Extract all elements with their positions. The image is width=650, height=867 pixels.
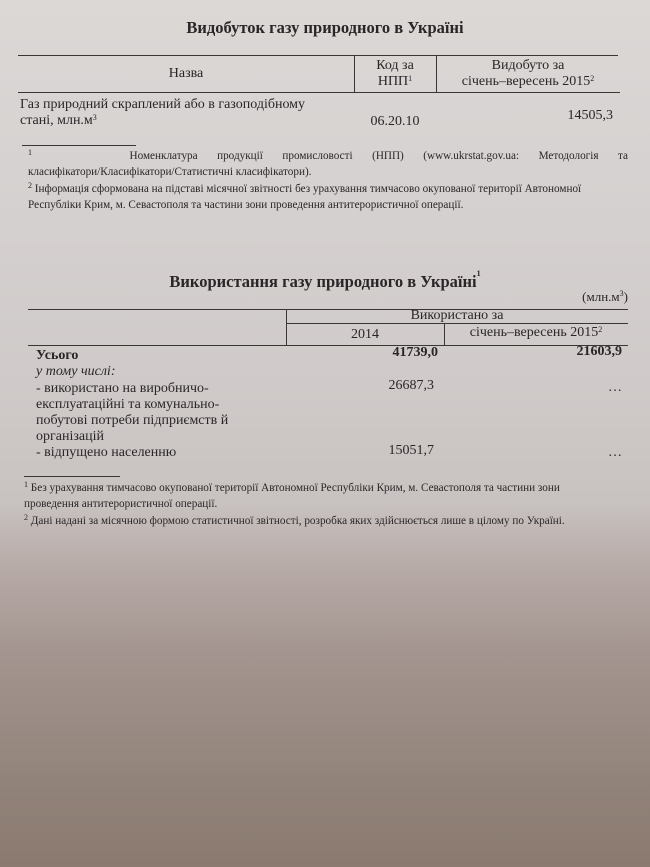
table1-row-name: Газ природний скраплений або в газоподіб… xyxy=(20,97,350,129)
footnote-text-line2: Республіки Крим, м. Севастополя та части… xyxy=(28,197,628,213)
table1-header-value-line2: січень–вересень 20152 xyxy=(436,74,620,90)
footnote-text: Без урахування тимчасово окупованої тери… xyxy=(31,482,560,494)
document-page: Видобуток газу природного в Україні Назв… xyxy=(0,0,650,867)
table1-row-value: 14505,3 xyxy=(436,108,613,124)
table2-footnote-2: 2 Дані надані за місячною формою статист… xyxy=(24,513,632,529)
footnote-text: Інформація сформована на підставі місячн… xyxy=(35,183,581,195)
table1-header-rule xyxy=(18,92,620,93)
row-name-line1: Газ природний скраплений або в газоподіб… xyxy=(20,97,350,113)
table1-footnote-separator xyxy=(22,145,136,146)
table2-footnote-1: 1 Без урахування тимчасово окупованої те… xyxy=(24,480,632,512)
row-label: Усього xyxy=(36,348,78,364)
table1-header-code-line2: НПП1 xyxy=(354,74,436,90)
footnote-mark: 1 xyxy=(28,148,32,157)
table2-header-2014: 2014 xyxy=(286,327,444,343)
row-label: - відпущено населенню xyxy=(36,445,176,461)
row-label: - використано на виробничо- експлуатацій… xyxy=(36,381,296,445)
footnote-mark: 2 xyxy=(28,181,32,190)
table1-footnote-1: 1 Номенклатура продукції промисловості (… xyxy=(28,148,628,180)
table1-header-value-line1: Видобуто за xyxy=(436,58,620,74)
row-name-line2: стані, млн.м xyxy=(20,113,93,128)
table2-header-group: Використано за xyxy=(286,308,628,324)
unit-text: (млн.м xyxy=(582,289,619,304)
footnote-ref: 2 xyxy=(590,74,594,83)
table1-header-value: Видобуто за січень–вересень 20152 xyxy=(436,58,620,90)
row-value-2014: 26687,3 xyxy=(300,378,434,394)
period-text: січень–вересень 2015 xyxy=(462,74,591,89)
label-line: - використано на виробничо- xyxy=(36,381,296,397)
code-text: НПП xyxy=(378,74,408,89)
footnote-text: Дані надані за місячною формою статистич… xyxy=(31,515,565,527)
footnote-ref: 1 xyxy=(408,74,412,83)
superscript: 3 xyxy=(620,289,624,298)
footnote-text-line2: проведення антитерористичної операції. xyxy=(24,496,632,512)
table2-footnote-separator xyxy=(24,476,120,477)
table2-unit: (млн.м3) xyxy=(400,289,628,305)
period-text: січень–вересень 2015 xyxy=(470,325,599,340)
table1-footnote-2: 2 Інформація сформована на підставі міся… xyxy=(28,181,628,213)
table1-header-name: Назва xyxy=(18,66,354,82)
label-line: експлуатаційні та комунально- xyxy=(36,397,296,413)
superscript: 3 xyxy=(93,113,97,122)
footnote-mark: 1 xyxy=(24,480,28,489)
row-value-2014: 15051,7 xyxy=(300,443,434,459)
table1-header-code-line1: Код за xyxy=(354,58,436,74)
table1-title: Видобуток газу природного в Україні xyxy=(0,18,650,38)
footnote-text-line2: класифікатори/Класифікатори/Статистичні … xyxy=(28,164,628,180)
table1-header-code: Код за НПП1 xyxy=(354,58,436,90)
label-line: організацій xyxy=(36,429,296,445)
row-value-2015: … xyxy=(460,445,622,461)
table1-row-code: 06.20.10 xyxy=(354,114,436,130)
footnote-ref: 1 xyxy=(477,269,481,278)
footnote-mark: 2 xyxy=(24,513,28,522)
row-value-2015: 21603,9 xyxy=(460,344,622,360)
row-value-2015: … xyxy=(460,380,622,396)
row-label: у тому числі: xyxy=(36,364,116,380)
unit-suffix: ) xyxy=(624,289,628,304)
footnote-text: Номенклатура продукції промисловості (НП… xyxy=(130,150,629,162)
table2-header-2015: січень–вересень 20152 xyxy=(444,325,628,341)
table1-top-rule xyxy=(18,55,618,56)
footnote-ref: 2 xyxy=(598,325,602,334)
row-value-2014: 41739,0 xyxy=(300,345,438,361)
label-line: побутові потреби підприємств й xyxy=(36,413,296,429)
